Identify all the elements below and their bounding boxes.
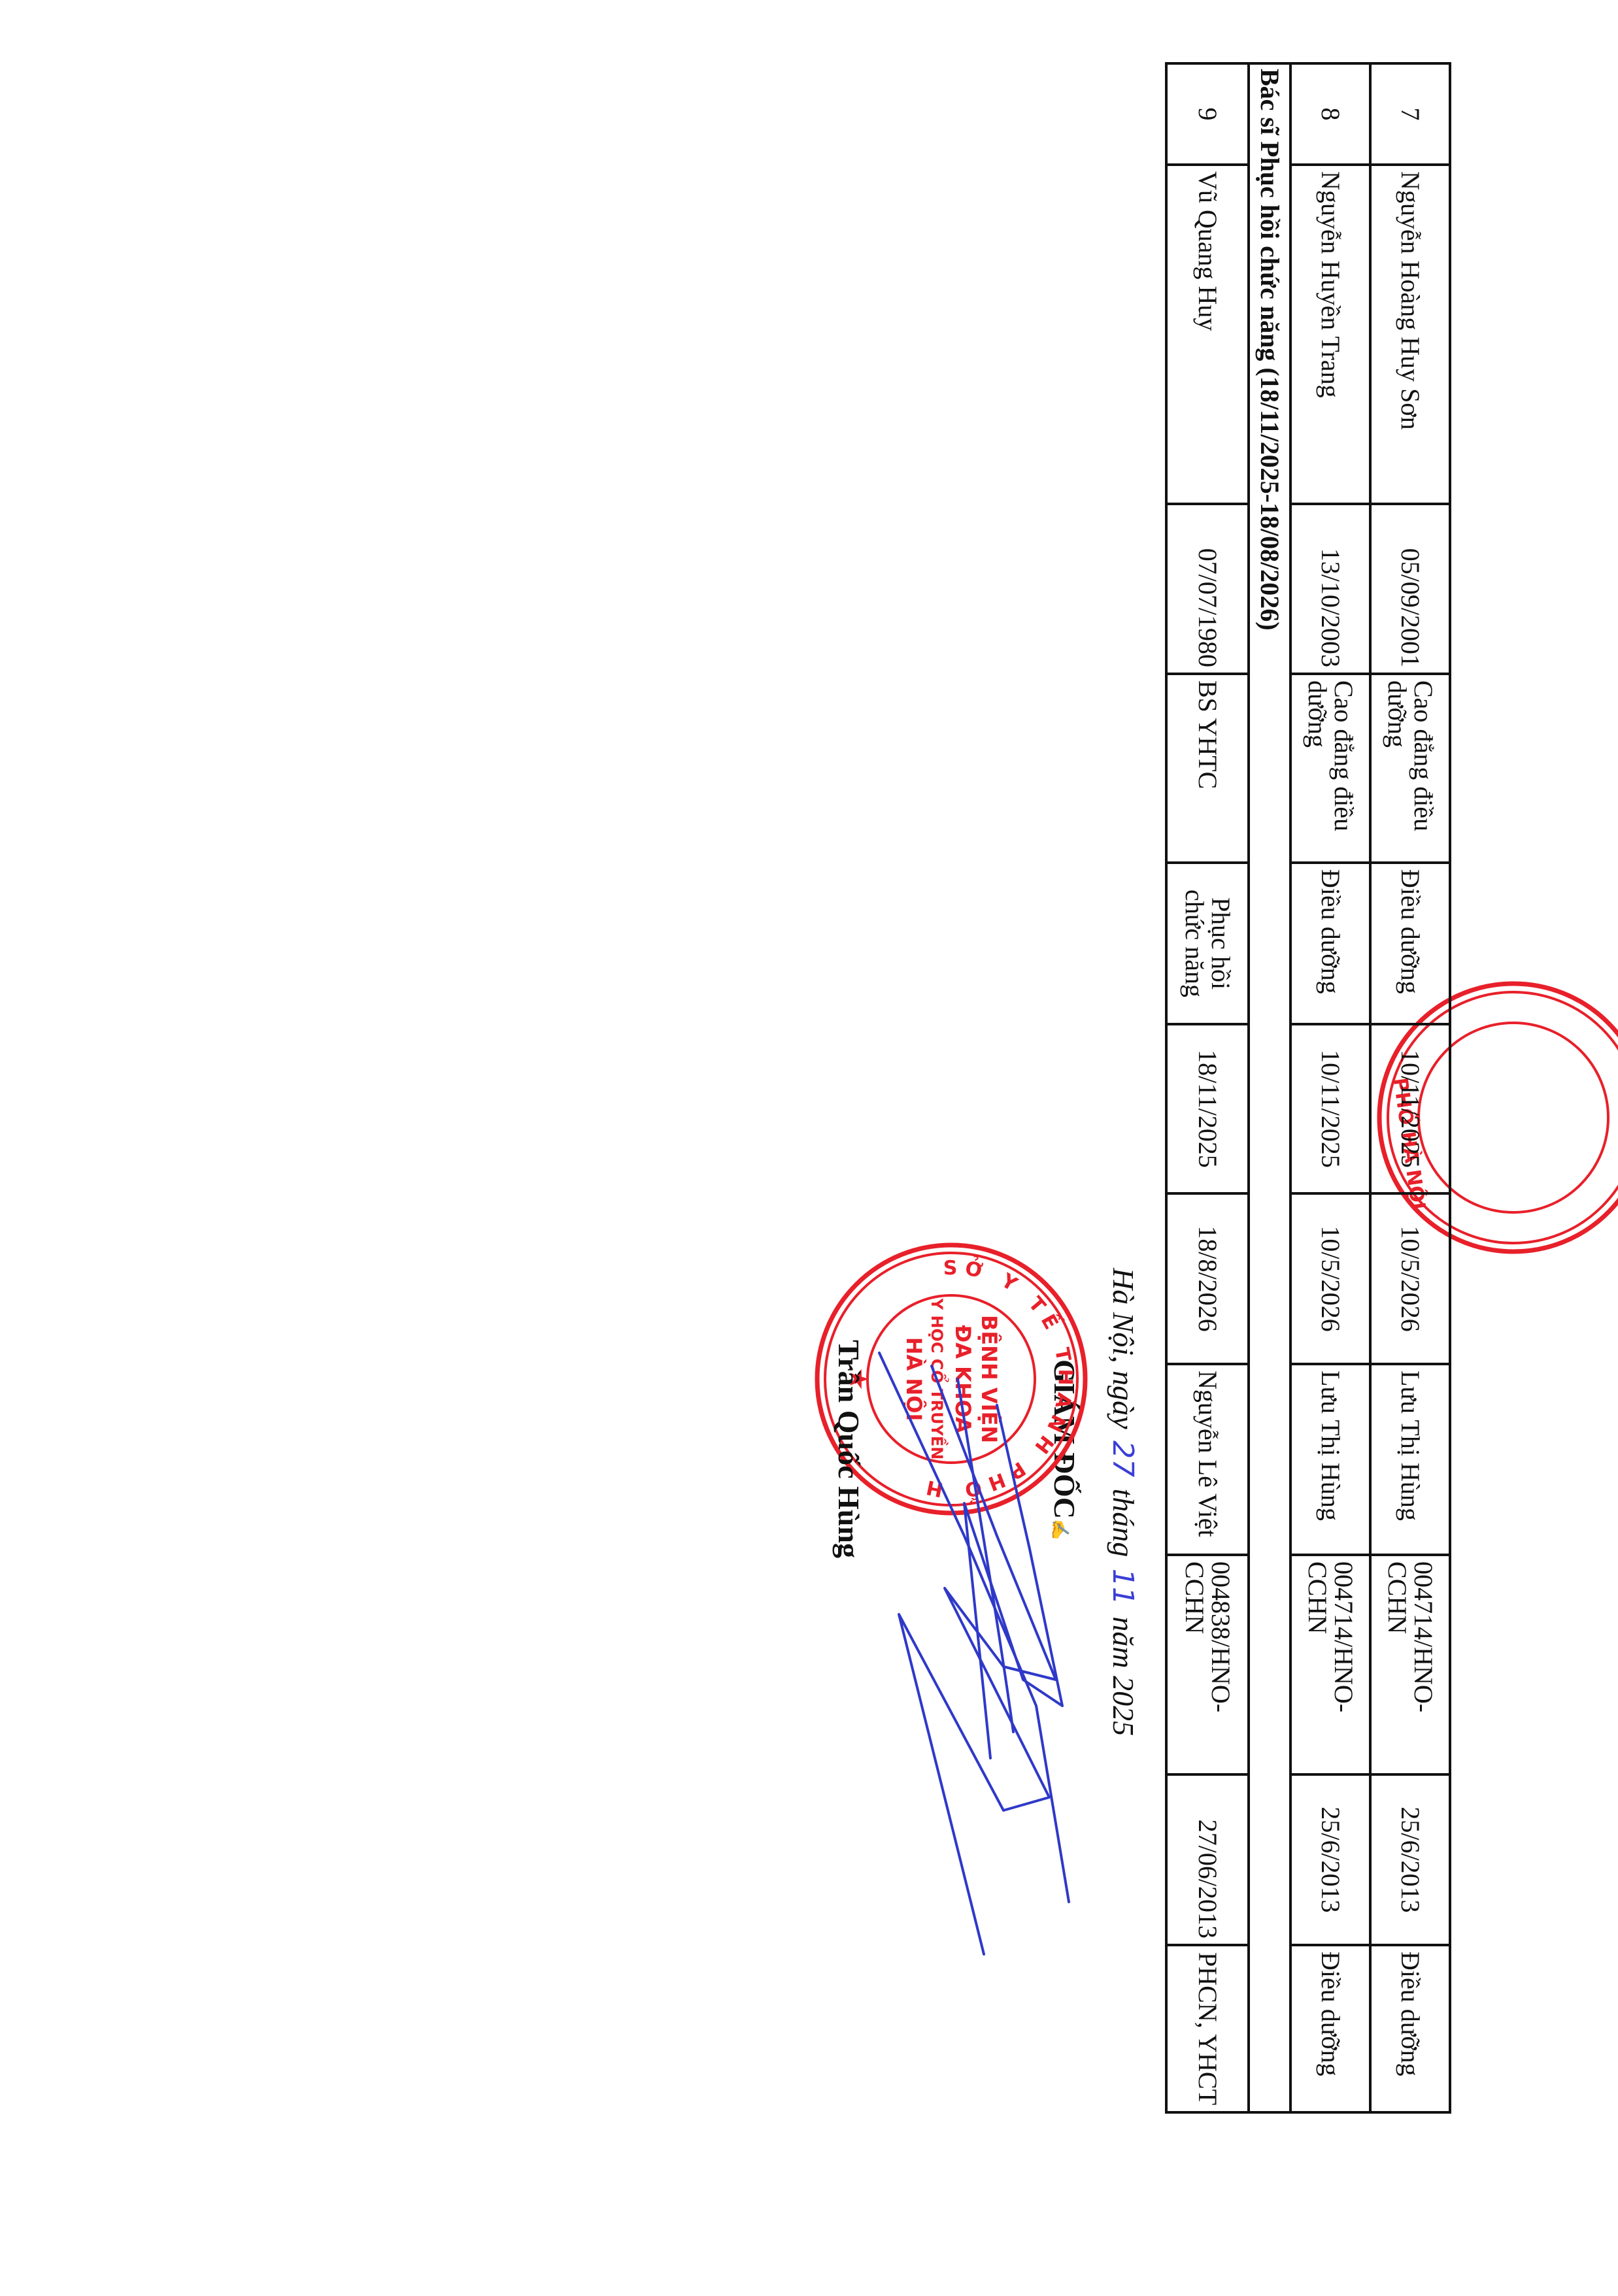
handwritten-day: 27: [1106, 1437, 1139, 1481]
supervisor-cell: Lưu Thị Hùng: [1370, 1364, 1450, 1555]
dob-cell: 07/07/1980: [1166, 504, 1249, 674]
stt-cell: 8: [1290, 63, 1370, 165]
stt-cell: 7: [1370, 63, 1450, 165]
section-heading: Bác sĩ Phục hồi chức năng (18/11/2025-18…: [1249, 63, 1290, 2112]
scope-cell: Điều dưỡng: [1370, 1945, 1450, 2112]
cert-no-cell: 004838/HNO-CCHN: [1166, 1555, 1249, 1774]
signer-name: Trần Quốc Hùng: [832, 1340, 866, 1558]
staff-table: 7 Nguyễn Hoàng Huy Sơn 05/09/2001 Cao đẳ…: [1165, 62, 1451, 2114]
dob-cell: 13/10/2003: [1290, 504, 1370, 674]
handwritten-month: 11: [1106, 1565, 1139, 1609]
date-line: Hà Nội, ngày 27 tháng 11 năm 2025: [1106, 1268, 1141, 1736]
cert-date-cell: 27/06/2013: [1166, 1774, 1249, 1945]
rotated-page: PHỐ HÀ NỘI 7 Nguyễn Hoàng Huy Sơn 05/09/…: [0, 0, 1618, 2296]
specialty-cell: Điều dưỡng: [1370, 863, 1450, 1024]
scope-cell: Điều dưỡng: [1290, 1945, 1370, 2112]
specialty-cell: Phục hồi chức năng: [1166, 863, 1249, 1024]
year-value: 2025: [1107, 1676, 1140, 1736]
place-date-prefix: Hà Nội, ngày: [1107, 1268, 1140, 1429]
dob-cell: 05/09/2001: [1370, 504, 1450, 674]
table-row: 8 Nguyễn Huyền Trang 13/10/2003 Cao đẳng…: [1290, 63, 1370, 2112]
section-row: Bác sĩ Phục hồi chức năng (18/11/2025-18…: [1249, 63, 1290, 2112]
end-date-cell: 10/5/2026: [1290, 1193, 1370, 1364]
table-row: 7 Nguyễn Hoàng Huy Sơn 05/09/2001 Cao đẳ…: [1370, 63, 1450, 2112]
start-date-cell: 10/11/2025: [1370, 1024, 1450, 1193]
name-cell: Nguyễn Hoàng Huy Sơn: [1370, 165, 1450, 504]
handwritten-signature: [840, 1340, 1075, 1961]
degree-cell: BS YHTC: [1166, 674, 1249, 863]
cert-date-cell: 25/6/2013: [1290, 1774, 1370, 1945]
specialty-cell: Điều dưỡng: [1290, 863, 1370, 1024]
month-label: tháng: [1107, 1489, 1140, 1557]
cert-no-cell: 004714/HNO-CCHN: [1290, 1555, 1370, 1774]
cert-date-cell: 25/6/2013: [1370, 1774, 1450, 1945]
supervisor-cell: Lưu Thị Hùng: [1290, 1364, 1370, 1555]
start-date-cell: 10/11/2025: [1290, 1024, 1370, 1193]
start-date-cell: 18/11/2025: [1166, 1024, 1249, 1193]
supervisor-cell: Nguyễn Lê Việt: [1166, 1364, 1249, 1555]
degree-cell: Cao đẳng điều dưỡng: [1290, 674, 1370, 863]
end-date-cell: 18/8/2026: [1166, 1193, 1249, 1364]
name-cell: Vũ Quang Huy: [1166, 165, 1249, 504]
end-date-cell: 10/5/2026: [1370, 1193, 1450, 1364]
scope-cell: PHCN, YHCT: [1166, 1945, 1249, 2112]
cert-no-cell: 004714/HNO-CCHN: [1370, 1555, 1450, 1774]
degree-cell: Cao đẳng điều dưỡng: [1370, 674, 1450, 863]
name-cell: Nguyễn Huyền Trang: [1290, 165, 1370, 504]
table-row: 9 Vũ Quang Huy 07/07/1980 BS YHTC Phục h…: [1166, 63, 1249, 2112]
stt-cell: 9: [1166, 63, 1249, 165]
year-label: năm: [1107, 1616, 1140, 1668]
